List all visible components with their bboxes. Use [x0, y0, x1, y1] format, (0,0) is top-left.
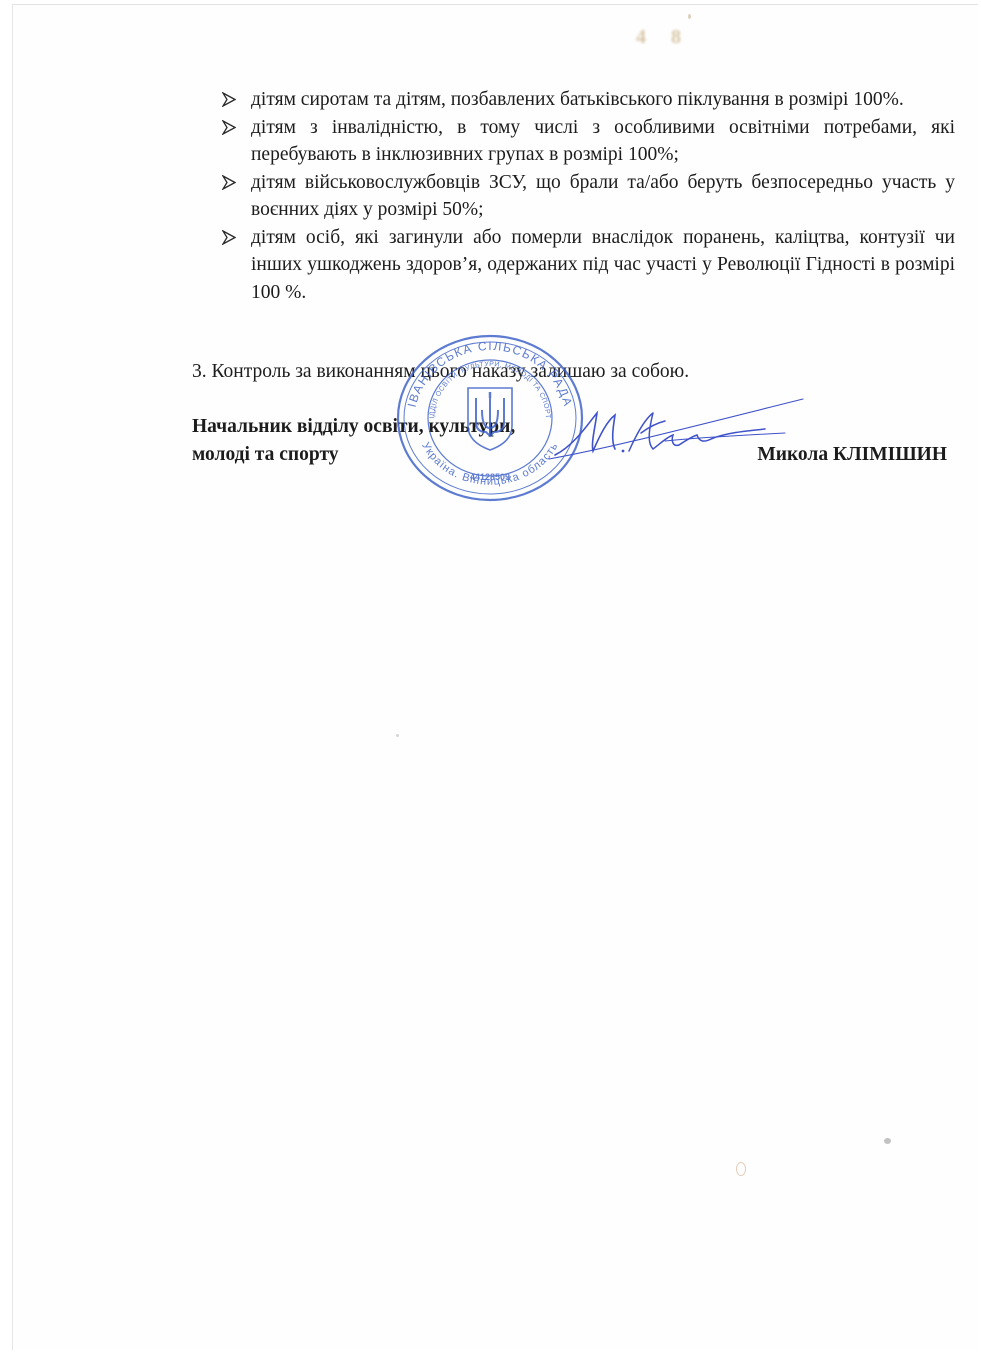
scan-speck [396, 734, 399, 737]
arrow-bullet-icon [222, 120, 236, 135]
list-item-text: дітям з інвалідністю, в тому числі з осо… [251, 117, 955, 166]
list-item-text: дітям сиротам та дітям, позбавлених бать… [251, 89, 904, 110]
signature-block: Начальник відділу освіти, культури, моло… [192, 413, 952, 468]
arrow-bullet-icon [222, 92, 236, 107]
list-item: дітям осіб, які загинули або померли вна… [218, 224, 955, 307]
list-item: дітям сиротам та дітям, позбавлених бать… [218, 86, 955, 114]
list-item-text: дітям осіб, які загинули або померли вна… [251, 227, 955, 303]
signer-name: Микола КЛІМІШИН [757, 441, 952, 469]
list-item: дітям з інвалідністю, в тому числі з осо… [218, 114, 955, 169]
benefit-list: дітям сиротам та дітям, позбавлених бать… [218, 86, 955, 306]
position-title-line2: молоді та спорту [192, 441, 339, 469]
position-title-line1: Начальник відділу освіти, культури, [192, 413, 515, 441]
list-item: дітям військовослужбовців ЗСУ, що брали … [218, 169, 955, 224]
arrow-bullet-icon [222, 230, 236, 245]
signature-row-1: Начальник відділу освіти, культури, [192, 413, 952, 441]
control-clause: 3. Контроль за виконанням цього наказу з… [192, 358, 689, 385]
scan-speck [688, 14, 691, 19]
list-item-text: дітям військовослужбовців ЗСУ, що брали … [251, 172, 955, 221]
scan-speck [736, 1162, 746, 1176]
page-top-mark: 4 8 [636, 26, 691, 49]
signature-row-2: молоді та спорту Микола КЛІМІШИН [192, 441, 952, 469]
scan-speck [884, 1138, 891, 1144]
arrow-bullet-icon [222, 175, 236, 190]
